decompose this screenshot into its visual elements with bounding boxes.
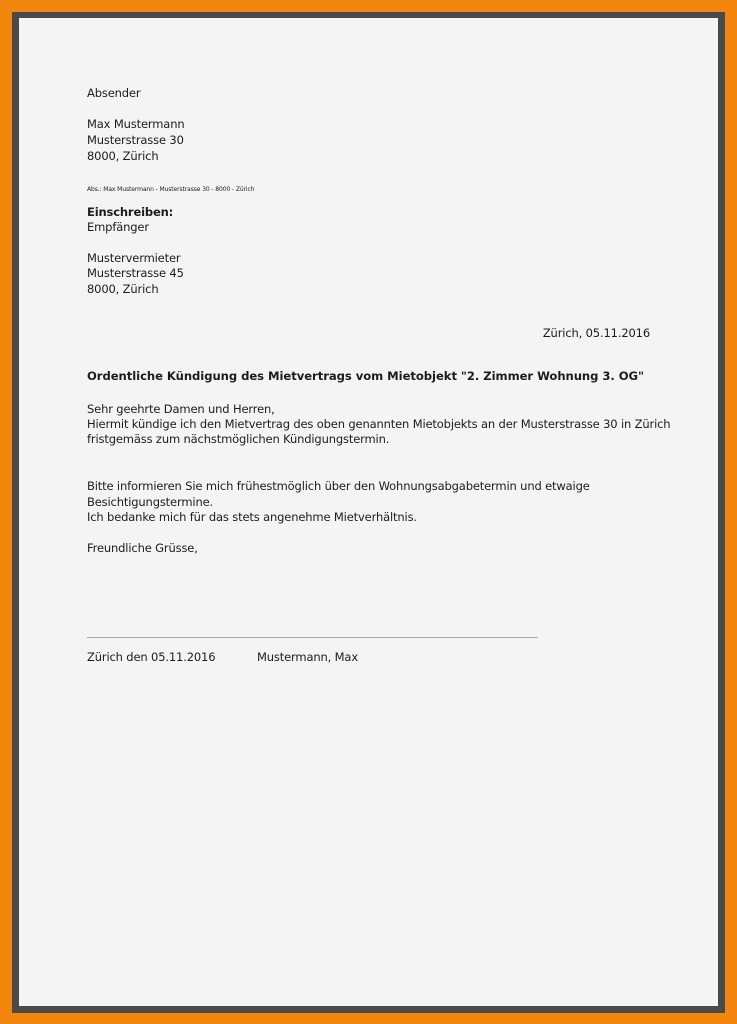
recipient-label: Empfänger: [87, 219, 149, 235]
sender-street: Musterstrasse 30: [87, 132, 184, 148]
body-paragraph-2-line-3: Ich bedanke mich für das stets angenehme…: [87, 509, 417, 525]
recipient-street: Musterstrasse 45: [87, 265, 184, 281]
body-paragraph-1-line-2: fristgemäss zum nächstmöglichen Kündigun…: [87, 431, 389, 447]
sender-label: Absender: [87, 85, 140, 101]
signature-place-date: Zürich den 05.11.2016: [87, 649, 215, 665]
salutation: Sehr geehrte Damen und Herren,: [87, 401, 275, 417]
place-date: Zürich, 05.11.2016: [543, 325, 650, 341]
body-paragraph-2-line-2: Besichtigungstermine.: [87, 494, 213, 510]
signature-line: [87, 637, 538, 638]
body-paragraph-2-line-1: Bitte informieren Sie mich frühestmöglic…: [87, 478, 590, 494]
sender-name: Max Mustermann: [87, 116, 184, 132]
recipient-name: Mustervermieter: [87, 250, 180, 266]
signature-name: Mustermann, Max: [257, 649, 358, 665]
closing: Freundliche Grüsse,: [87, 540, 198, 556]
delivery-type: Einschreiben:: [87, 204, 173, 220]
recipient-city: 8000, Zürich: [87, 281, 158, 297]
subject-line: Ordentliche Kündigung des Mietvertrags v…: [87, 368, 644, 384]
body-paragraph-1-line-1: Hiermit kündige ich den Mietvertrag des …: [87, 416, 670, 432]
letter-page: Absender Max Mustermann Musterstrasse 30…: [19, 18, 718, 1006]
sender-city: 8000, Zürich: [87, 148, 158, 164]
return-address-line: Abs.: Max Mustermann - Musterstrasse 30 …: [87, 186, 254, 194]
